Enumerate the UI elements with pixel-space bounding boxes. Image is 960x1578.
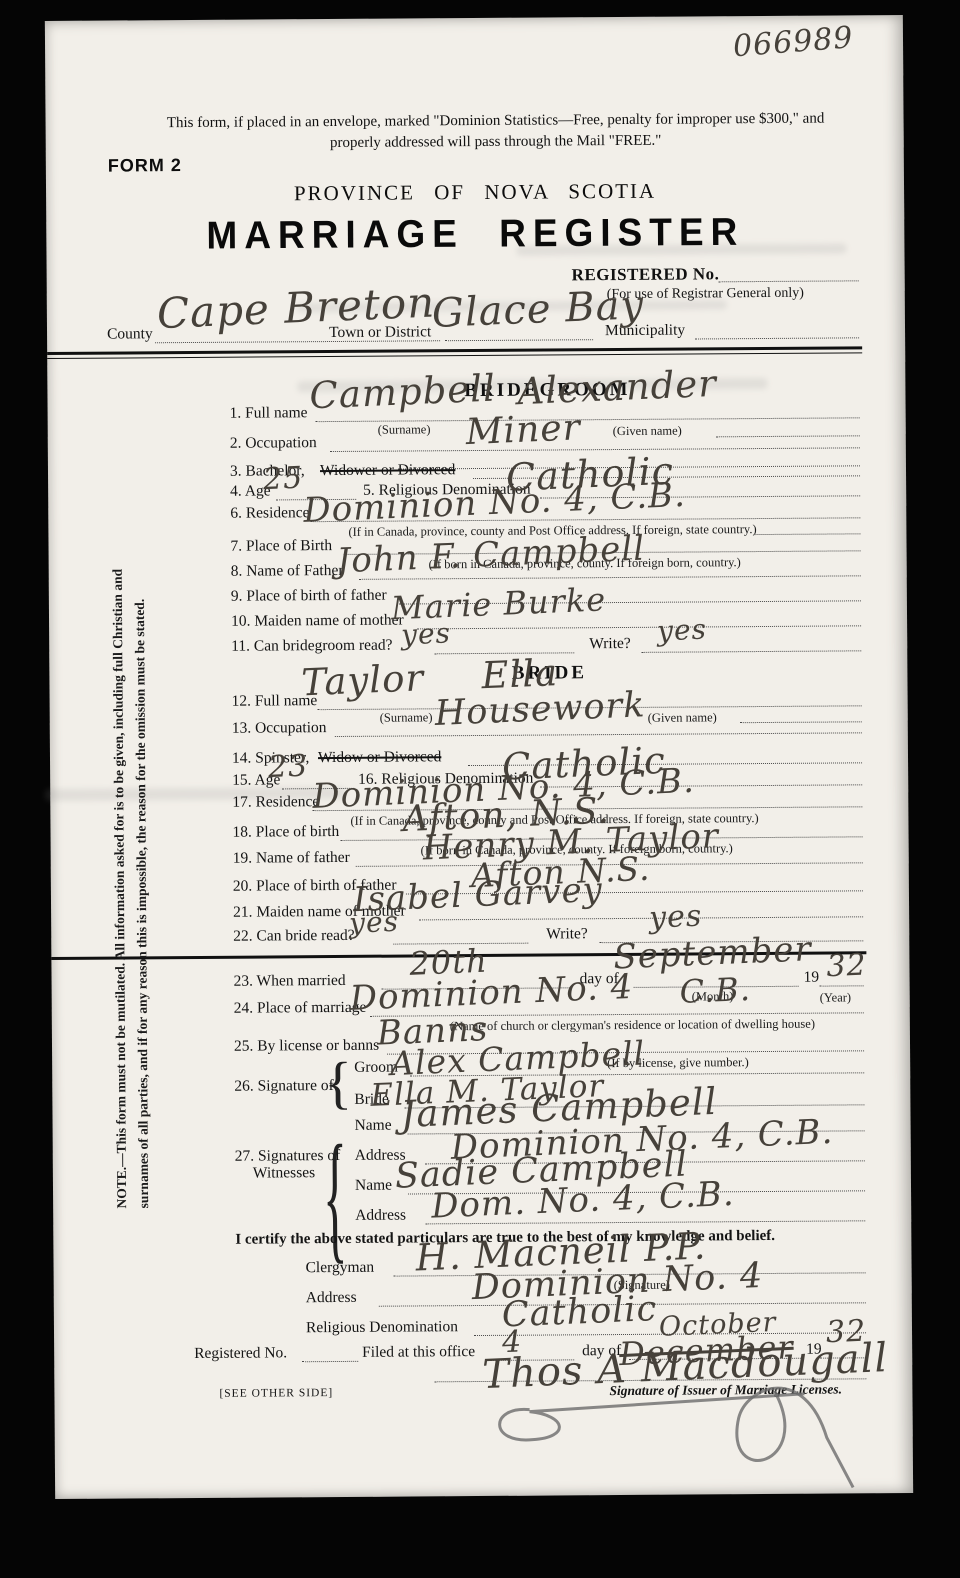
marriage-place-right-handwritten: C.B. xyxy=(679,973,751,1008)
dotted-line xyxy=(302,1360,358,1362)
bg-write-label: Write? xyxy=(589,635,631,653)
bg-occupation-label: 2. Occupation xyxy=(230,434,317,453)
wedding-month-handwritten: September xyxy=(613,932,813,974)
dotted-line xyxy=(641,649,861,653)
dotted-line xyxy=(740,720,862,723)
bg-read-handwritten: yes xyxy=(401,619,452,649)
bg-full-name-label: 1. Full name xyxy=(230,404,308,423)
county-label: County xyxy=(107,325,153,343)
br-father-label: 19. Name of father xyxy=(233,849,350,868)
clergy-address-label: Address xyxy=(306,1289,357,1307)
dotted-line xyxy=(419,915,863,920)
place-of-marriage-hint: (Name of church or clergyman's residence… xyxy=(450,1017,815,1035)
dotted-line xyxy=(335,731,862,737)
province-heading: PROVINCE OF NOVA SCOTIA xyxy=(46,177,904,208)
dotted-line xyxy=(445,338,593,341)
br-status-struck: Widow or Divorced xyxy=(318,748,441,767)
municipality-label: Municipality xyxy=(605,322,685,341)
br-given-hint: (Given name) xyxy=(648,710,717,725)
br-surname-handwritten: Taylor xyxy=(301,659,425,701)
dotted-line xyxy=(716,434,860,437)
filed-label: Filed at this office xyxy=(362,1343,475,1362)
br-age-handwritten: 23 xyxy=(267,752,308,784)
bg-father-handwritten: John F. Campbell xyxy=(336,531,646,578)
dotted-line xyxy=(417,624,861,629)
place-of-marriage-label: 24. Place of marriage xyxy=(234,999,367,1018)
br-write-handwritten: yes xyxy=(649,902,703,934)
bg-surname-hint: (Surname) xyxy=(378,422,431,437)
registered-no-label: REGISTERED No. xyxy=(572,264,720,285)
bg-father-label: 8. Name of Father xyxy=(231,562,344,581)
witness2-name-label: Name xyxy=(355,1177,392,1195)
bg-residence-label: 6. Residence xyxy=(230,504,309,523)
pen-flourish xyxy=(474,1345,875,1493)
witness1-name-label: Name xyxy=(355,1117,392,1135)
registered-label: Registered No. xyxy=(194,1344,287,1363)
br-surname-hint: (Surname) xyxy=(380,710,433,725)
witness2-address-handwritten: Dom. No. 4, C.B. xyxy=(431,1177,736,1224)
scanned-document: 066989 This form, if placed in an envelo… xyxy=(0,0,960,1578)
year-prefix: 19 xyxy=(803,969,819,987)
year-hint: (Year) xyxy=(820,990,851,1005)
mail-note-line1: This form, if placed in an envelope, mar… xyxy=(126,110,866,132)
town-district-label: Town or District xyxy=(329,323,431,342)
wedding-year-handwritten: 32 xyxy=(826,951,867,983)
br-write-label: Write? xyxy=(546,925,588,943)
mail-note-line2: properly addressed will pass through the… xyxy=(126,131,866,153)
page-title: MARRIAGE REGISTER xyxy=(46,209,904,259)
see-other-side: [SEE OTHER SIDE] xyxy=(219,1387,333,1400)
br-read-label: 22. Can bride read? xyxy=(233,927,354,946)
clergy-denomination-label: Religious Denomination xyxy=(306,1318,458,1337)
license-banns-label: 25. By license or banns xyxy=(234,1037,379,1056)
bg-birthplace-label: 7. Place of Birth xyxy=(230,537,332,556)
clergyman-label: Clergyman xyxy=(306,1259,375,1277)
dotted-line xyxy=(695,336,859,339)
vertical-note: NOTE.—This form must not be mutilated. A… xyxy=(107,546,155,1208)
bg-surname-handwritten: Campbell xyxy=(309,370,497,415)
witness2-address-label: Address xyxy=(355,1207,406,1225)
form-number: FORM 2 xyxy=(108,155,182,177)
brace: { xyxy=(322,1111,347,1279)
bg-given-handwritten: Alexander xyxy=(517,365,718,410)
bg-occupation-handwritten: Miner xyxy=(465,410,581,451)
signature-of-label: 26. Signature of xyxy=(234,1077,334,1096)
brace: { xyxy=(324,1049,352,1116)
serial-number-handwritten: 066989 xyxy=(732,23,854,62)
br-occupation-label: 13. Occupation xyxy=(232,719,327,738)
marriage-register-page: 066989 This form, if placed in an envelo… xyxy=(45,15,913,1499)
br-residence-label: 17. Residence xyxy=(232,793,319,812)
dotted-line xyxy=(820,984,864,986)
marriage-place-handwritten: Dominion No. 4 xyxy=(349,970,634,1016)
bg-given-hint: (Given name) xyxy=(613,424,682,439)
bg-read-label: 11. Can bridegroom read? xyxy=(231,637,392,656)
bg-residence-handwritten: Dominion No. 4, C.B. xyxy=(303,478,687,528)
bg-age-handwritten: 25 xyxy=(262,464,303,496)
bg-status-struck: Widower or Divorced xyxy=(320,461,456,480)
when-married-label: 23. When married xyxy=(234,972,346,991)
dotted-line xyxy=(753,532,860,535)
br-birthplace-label: 18. Place of birth xyxy=(232,823,339,842)
bg-write-handwritten: yes xyxy=(657,616,708,646)
witnesses-label-2: Witnesses xyxy=(253,1164,315,1182)
dotted-line xyxy=(316,416,860,422)
br-occupation-handwritten: Housework xyxy=(434,688,646,732)
br-read-handwritten: yes xyxy=(349,908,400,938)
dotted-line xyxy=(719,279,859,282)
bg-father-birthplace-label: 9. Place of birth of father xyxy=(231,587,387,606)
bg-mother-label: 10. Maiden name of mother xyxy=(231,612,404,631)
clergy-denomination-handwritten: Catholic xyxy=(501,1292,658,1333)
